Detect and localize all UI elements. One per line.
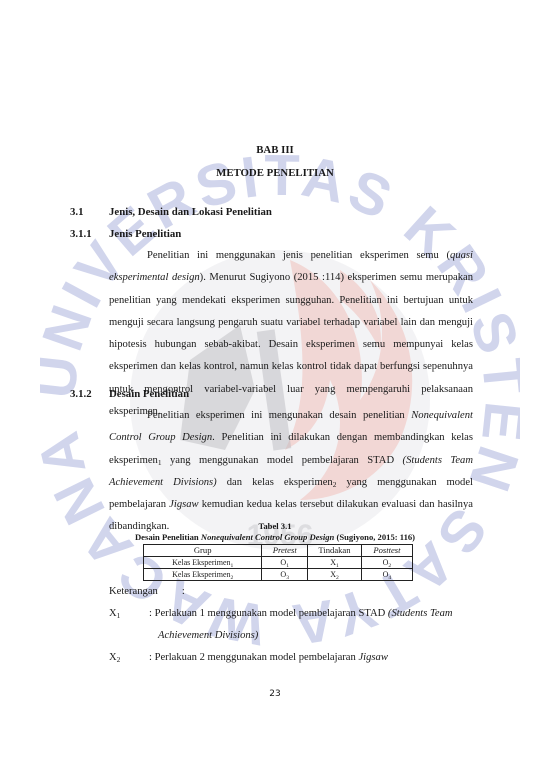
table-row: Kelas Eksperimen2 O3 X2 O4 <box>144 569 413 581</box>
section-number: 3.1 <box>70 206 109 218</box>
section-title: Jenis, Desain dan Lokasi Penelitian <box>109 206 272 218</box>
column-header-tindakan: Tindakan <box>308 545 362 557</box>
section-number: 3.1.2 <box>70 388 109 400</box>
notes-heading: Keterangan: <box>109 581 185 603</box>
cell-pretest: O1 <box>262 557 308 569</box>
cell-grup: Kelas Eksperimen2 <box>144 569 262 581</box>
research-design-table: Grup Pretest Tindakan Posttest Kelas Eks… <box>143 544 413 581</box>
section-heading-3-1-2: 3.1.2Desain Penelitian <box>70 388 189 400</box>
column-header-pretest: Pretest <box>262 545 308 557</box>
column-header-grup: Grup <box>144 545 262 557</box>
note-item-x2: X2: Perlakuan 2 menggunakan model pembel… <box>109 647 479 669</box>
section-title: Jenis Penelitian <box>109 228 181 240</box>
note-item-x1: X1: Perlakuan 1 menggunakan model pembel… <box>109 603 479 625</box>
cell-grup: Kelas Eksperimen1 <box>144 557 262 569</box>
page-number: 23 <box>0 689 550 699</box>
section-heading-3-1-1: 3.1.1Jenis Penelitian <box>70 228 181 240</box>
cell-tindakan: X2 <box>308 569 362 581</box>
cell-pretest: O3 <box>262 569 308 581</box>
table-caption: Desain Penelitian Nonequivalent Control … <box>0 532 550 543</box>
section-title: Desain Penelitian <box>109 388 189 400</box>
document-page: 1956 UNIVERSITAS KRISTEN SATYA WACANA BA… <box>0 0 550 777</box>
paragraph-desain-penelitian: Penelitian eksperimen ini mengunakan des… <box>109 405 473 539</box>
table-header-row: Grup Pretest Tindakan Posttest <box>144 545 413 557</box>
cell-posttest: O2 <box>361 557 412 569</box>
cell-posttest: O4 <box>361 569 412 581</box>
section-number: 3.1.1 <box>70 228 109 240</box>
cell-tindakan: X1 <box>308 557 362 569</box>
table-row: Kelas Eksperimen1 O1 X1 O2 <box>144 557 413 569</box>
chapter-number: BAB III <box>0 144 550 156</box>
chapter-title: METODE PENELITIAN <box>0 167 550 179</box>
column-header-posttest: Posttest <box>361 545 412 557</box>
table-label: Tabel 3.1 <box>0 521 550 532</box>
note-item-x1-continued: Achievement Divisions) <box>158 625 258 647</box>
section-heading-3-1: 3.1Jenis, Desain dan Lokasi Penelitian <box>70 206 272 218</box>
